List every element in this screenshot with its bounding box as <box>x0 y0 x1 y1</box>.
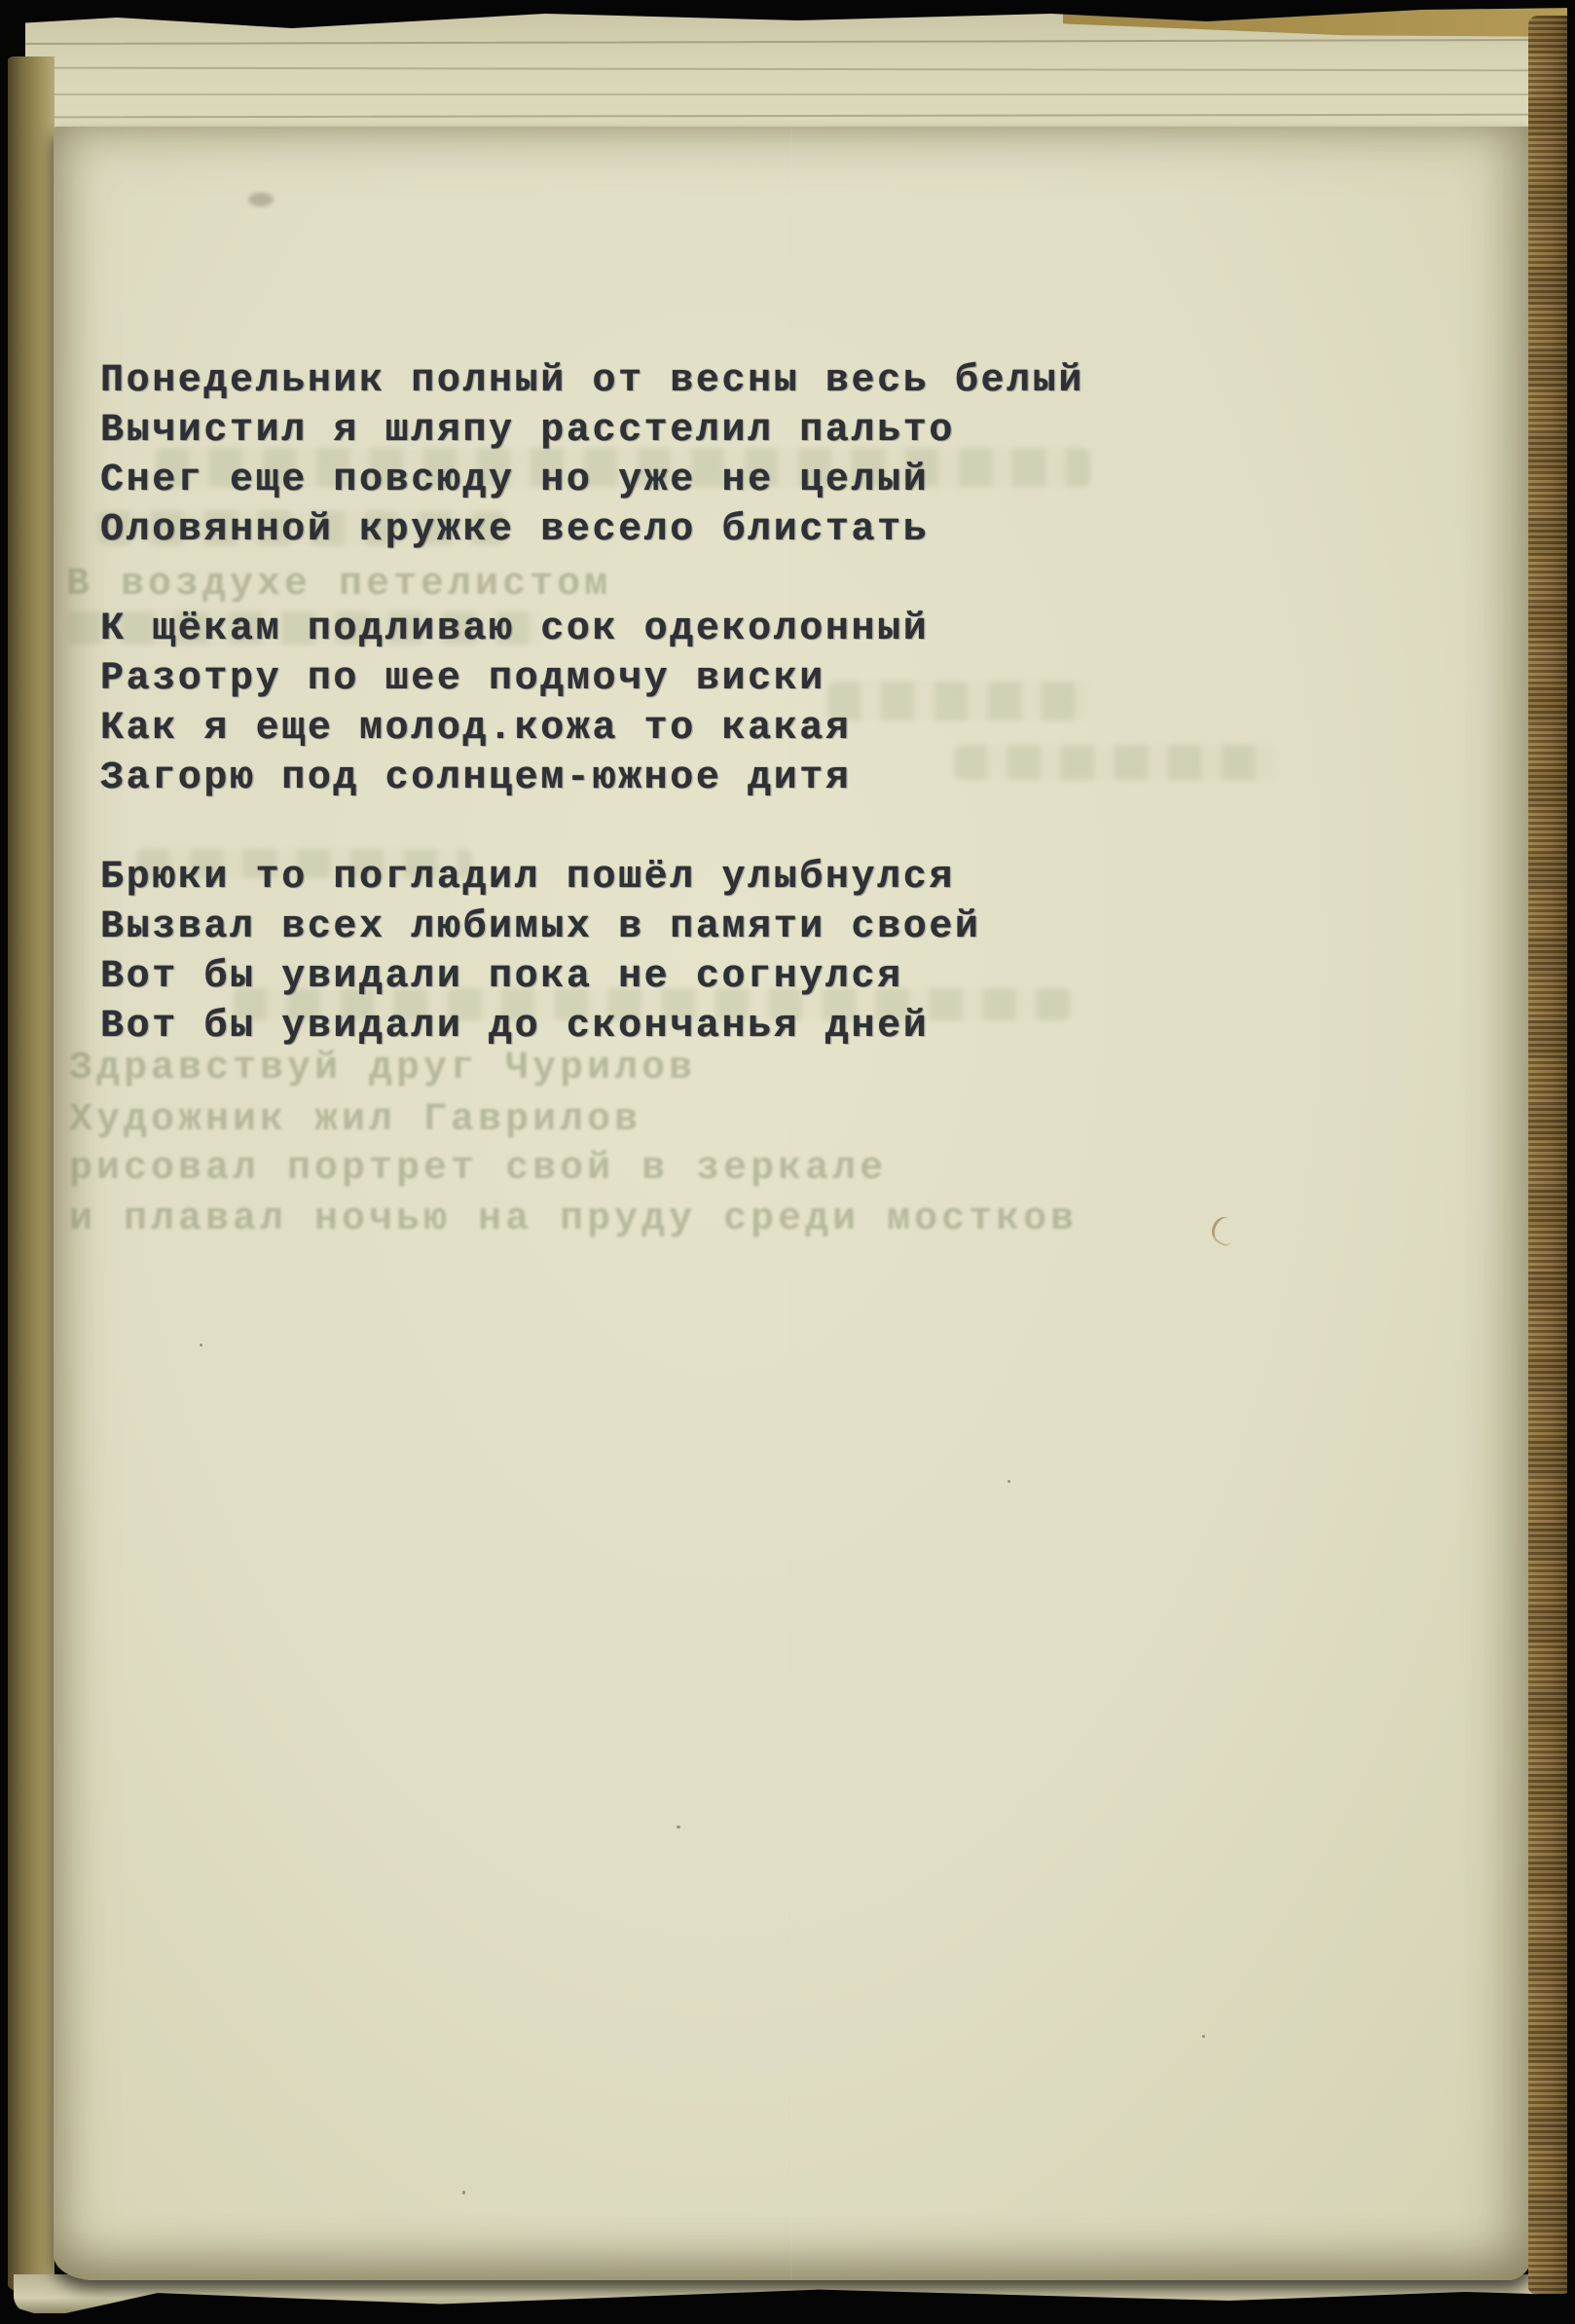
poem-line: Как я еще молод.кожа то какая <box>100 704 1366 754</box>
paper-speck <box>375 633 378 636</box>
scanner-margin-right <box>1567 0 1575 2324</box>
poem-line: К щёкам подливаю сок одеколонный <box>100 605 1366 654</box>
paper-speck <box>462 2191 465 2195</box>
poem-line: Вот бы увидали пока не согнулся <box>100 952 1366 1002</box>
poem-line: Загорю под солнцем-южное дитя <box>100 754 1366 803</box>
page-paper: В воздухе петелистом Здравствуй друг Чур… <box>54 127 1533 2280</box>
ink-squiggle <box>1207 1213 1241 1248</box>
paper-speck <box>200 1344 202 1346</box>
poem-line: Брюки то погладил пошёл улыбнулся <box>100 853 1366 903</box>
ghost-line: Художник жил Гаврилов <box>69 1097 641 1144</box>
book-spine-edge <box>6 56 55 2291</box>
ghost-line: и плавал ночью на пруду среди мостков <box>69 1197 1078 1243</box>
poem-stanza: Брюки то погладил пошёл улыбнулся Вызвал… <box>100 853 1366 1051</box>
poem-line: Снег еще повсюду но уже не целый <box>100 456 1366 505</box>
poem-line: Вычистил я шляпу расстелил пальто <box>100 406 1366 456</box>
scanner-margin-left <box>0 0 8 2324</box>
fore-edge-deckle <box>1528 16 1571 2294</box>
book-scan: В воздухе петелистом Здравствуй друг Чур… <box>0 0 1575 2324</box>
sheet-edge-line <box>25 93 1554 95</box>
poem-line: Понедельник полный от весны весь белый <box>100 356 1366 406</box>
sheet-edge-line <box>25 39 1554 45</box>
poem-line: Вызвал всех любимых в памяти своей <box>100 903 1366 952</box>
paper-speck <box>677 1826 680 1828</box>
sheet-edge-line <box>25 67 1554 72</box>
poem-text: Понедельник полный от весны весь белый В… <box>100 356 1366 1101</box>
pencil-smudge <box>248 193 274 206</box>
poem-line: Вот бы увидали до скончанья дней <box>100 1002 1366 1051</box>
sheet-edge-line <box>25 114 1554 119</box>
poem-stanza: К щёкам подливаю сок одеколонный Разотру… <box>100 605 1366 803</box>
poem-line: Разотру по шее подмочу виски <box>100 654 1366 704</box>
poem-stanza: Понедельник полный от весны весь белый В… <box>100 356 1366 555</box>
poem-line: Оловянной кружке весело блистать <box>100 505 1366 555</box>
paper-speck <box>1007 1480 1010 1483</box>
paper-speck <box>1202 2035 1205 2038</box>
ghost-line: рисовал портрет свой в зеркале <box>69 1146 887 1193</box>
